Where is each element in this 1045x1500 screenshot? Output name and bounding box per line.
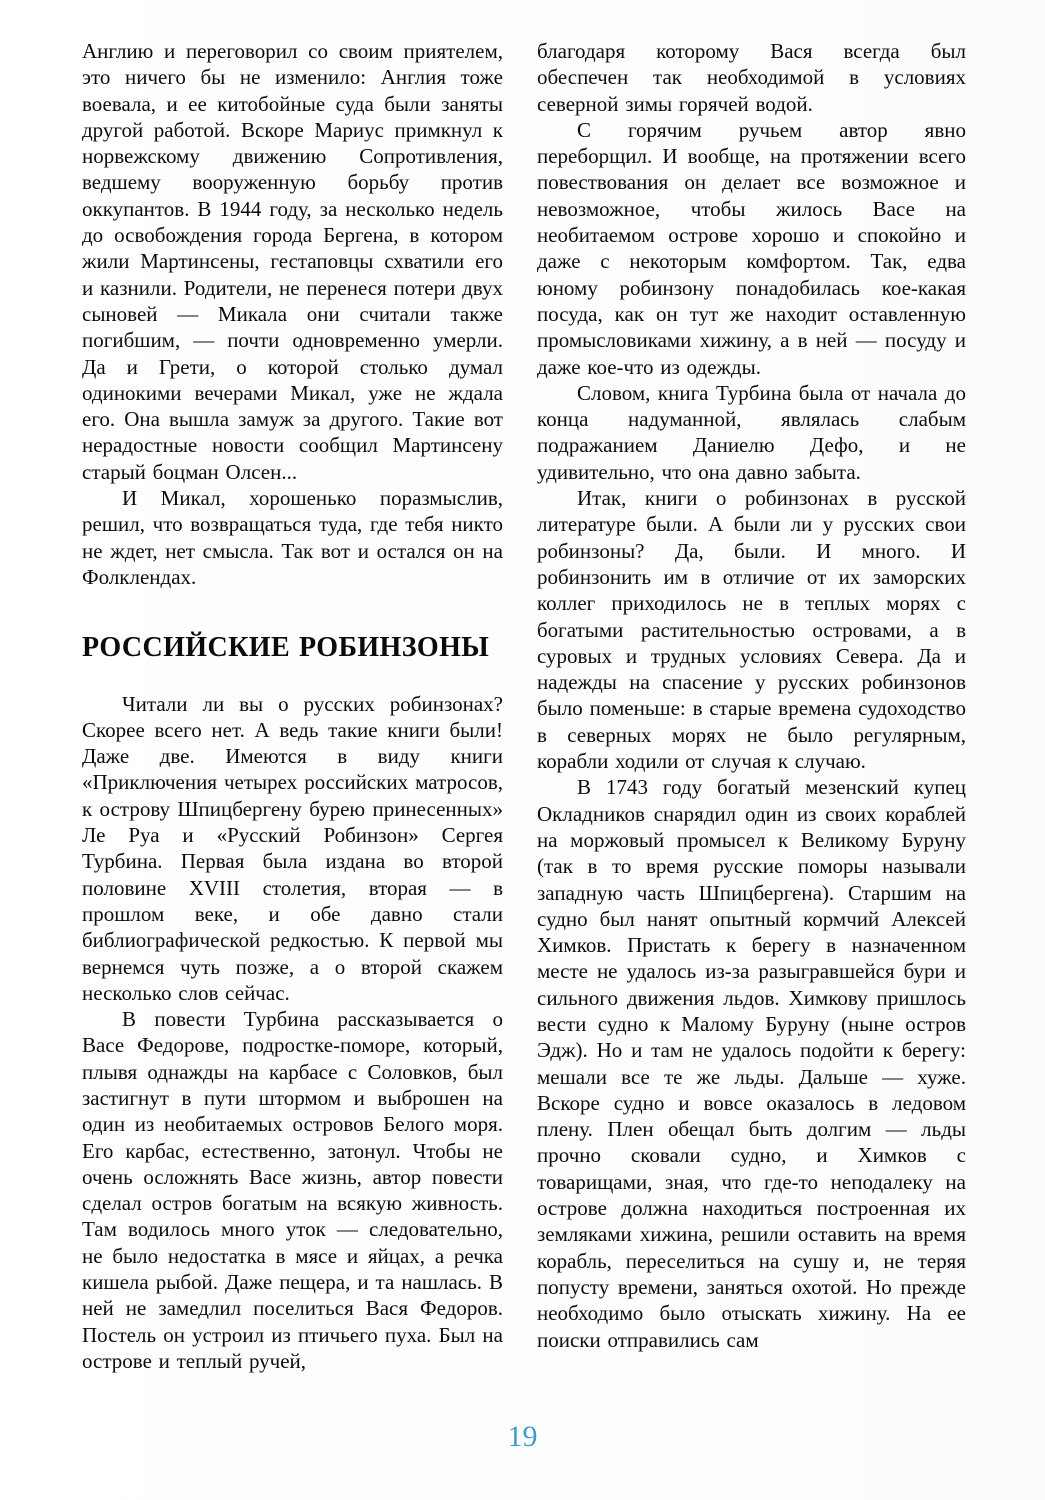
- paragraph: Читали ли вы о русских робинзонах? Скоре…: [82, 691, 503, 1007]
- paragraph: благодаря которому Вася всегда был обесп…: [537, 38, 966, 117]
- book-page: Англию и переговорил со своим приятелем,…: [0, 0, 1045, 1500]
- paragraph: В 1743 году богатый мезенский купец Окла…: [537, 774, 966, 1353]
- left-column: Англию и переговорил со своим приятелем,…: [82, 38, 503, 1374]
- right-column: благодаря которому Вася всегда был обесп…: [537, 38, 966, 1353]
- paragraph: Итак, книги о робинзонах в русской литер…: [537, 485, 966, 774]
- paragraph: Словом, книга Турбина была от начала до …: [537, 380, 966, 485]
- section-heading: РОССИЙСКИЕ РОБИНЗОНЫ: [82, 635, 503, 661]
- paragraph: И Микал, хорошенько поразмыслив, решил, …: [82, 485, 503, 590]
- paragraph: С горячим ручьем автор явно переборщил. …: [537, 117, 966, 380]
- page-number: 19: [0, 1420, 1045, 1454]
- paragraph: Англию и переговорил со своим приятелем,…: [82, 38, 503, 485]
- paragraph: В повести Турбина рассказывается о Васе …: [82, 1006, 503, 1374]
